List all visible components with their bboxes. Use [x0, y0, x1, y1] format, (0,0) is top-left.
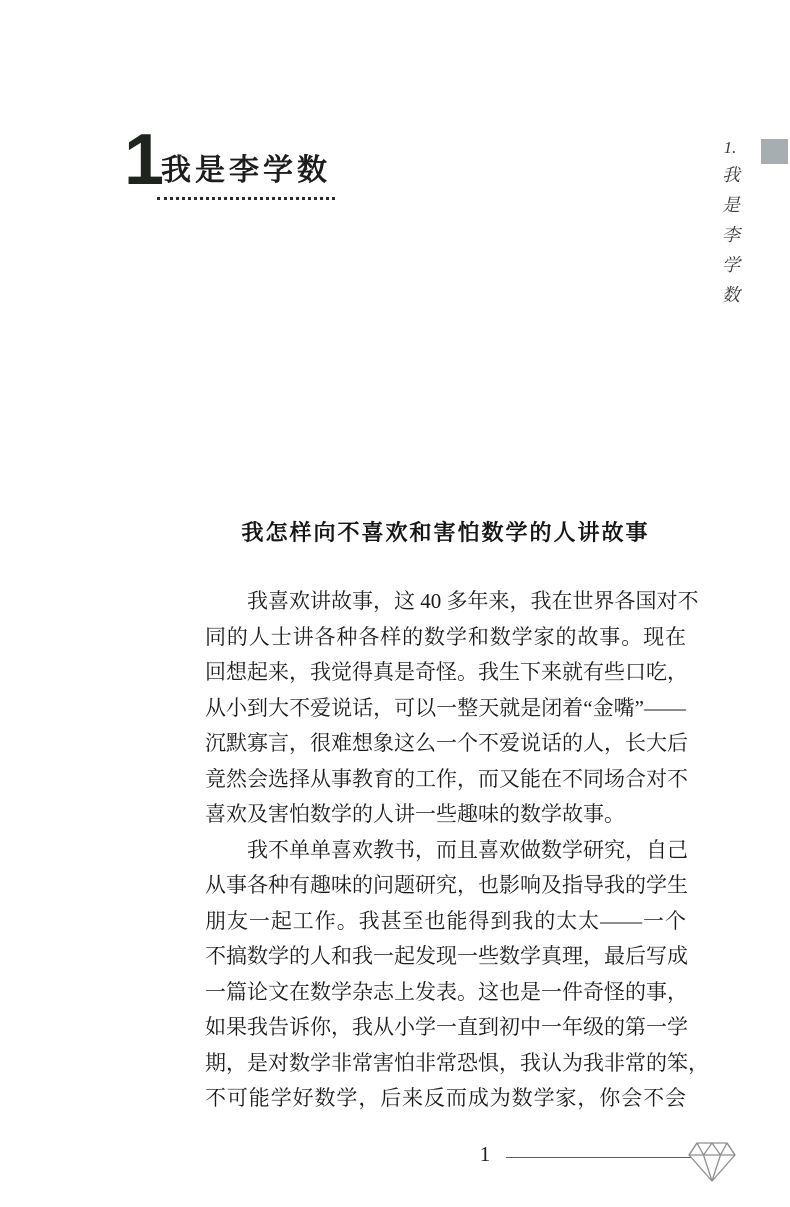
chapter-title: 我是李学数	[161, 152, 331, 190]
body-line: 不可能学好数学，后来反而成为数学家，你会不会	[205, 1081, 686, 1117]
body-line: 竟然会选择从事教育的工作，而又能在不同场合对不	[205, 762, 686, 798]
side-tab-title: 我是李学数	[719, 165, 741, 315]
body-line: 我不单单喜欢教书，而且喜欢做数学研究，自己	[205, 833, 686, 869]
body-line: 沉默寡言，很难想象这么一个不爱说话的人，长大后	[205, 726, 686, 762]
body-line: 一篇论文在数学杂志上发表。这也是一件奇怪的事，	[205, 975, 686, 1011]
side-tab-number: 1.	[712, 137, 748, 159]
body-line: 期，是对数学非常害怕非常恐惧，我认为我非常的笨，	[205, 1046, 686, 1082]
chapter-number: 1	[124, 128, 162, 192]
body-line: 朋友一起工作。我甚至也能得到我的太太——一个	[205, 904, 686, 940]
body-line: 从小到大不爱说话，可以一整天就是闭着“金嘴”——	[205, 691, 686, 727]
section-heading: 我怎样向不喜欢和害怕数学的人讲故事	[205, 516, 686, 547]
footer-rule	[506, 1157, 692, 1158]
body-line: 从事各种有趣味的问题研究，也影响及指导我的学生	[205, 868, 686, 904]
side-tab: 1. 我是李学数	[712, 137, 748, 320]
body-line: 回想起来，我觉得真是奇怪。我生下来就有些口吃，	[205, 655, 686, 691]
diamond-gem-icon	[687, 1137, 737, 1184]
body-line: 同的人士讲各种各样的数学和数学家的故事。现在	[205, 620, 686, 656]
body-line: 如果我告诉你，我从小学一直到初中一年级的第一学	[205, 1010, 686, 1046]
body-line: 不搞数学的人和我一起发现一些数学真理，最后写成	[205, 939, 686, 975]
body-text: 我喜欢讲故事，这 40 多年来，我在世界各国对不同的人士讲各种各样的数学和数学家…	[205, 584, 686, 1117]
body-line: 喜欢及害怕数学的人讲一些趣味的数学故事。	[205, 797, 686, 833]
footer-page-number: 1	[472, 1142, 498, 1167]
body-line: 我喜欢讲故事，这 40 多年来，我在世界各国对不	[205, 584, 686, 620]
side-tab-marker	[761, 139, 788, 164]
chapter-title-dotted-underline	[157, 191, 335, 200]
book-page: 1 我是李学数 1. 我是李学数 我怎样向不喜欢和害怕数学的人讲故事 我喜欢讲故…	[0, 0, 790, 1207]
